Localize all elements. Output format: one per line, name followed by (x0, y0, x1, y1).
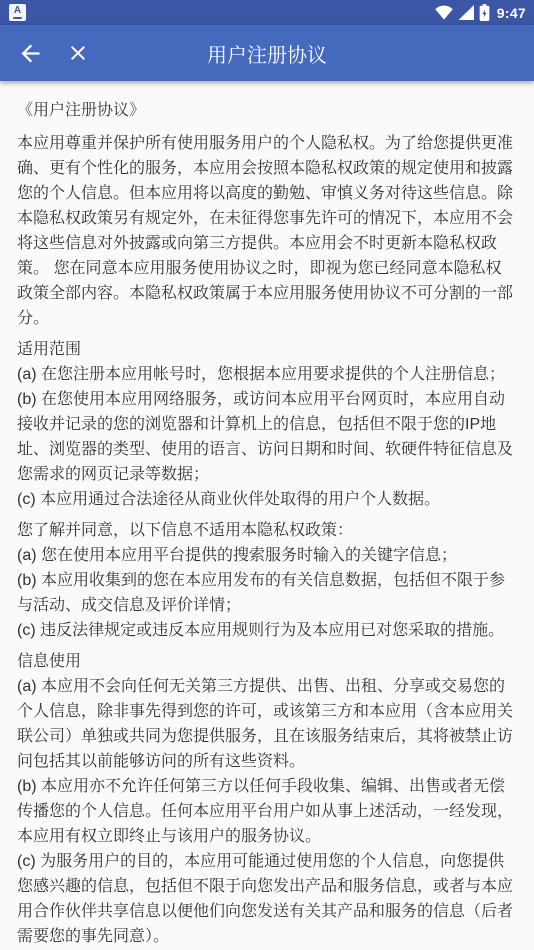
status-bar-indicators: 9:47 (435, 4, 526, 21)
app-bar: 用户注册协议 (0, 25, 534, 81)
agreement-doc-title: 《用户注册协议》 (17, 98, 517, 123)
section-paragraph: (a) 本应用不会向任何无关第三方提供、出售、出租、分享或交易您的个人信息，除非… (17, 674, 517, 774)
notification-letter: A (14, 6, 21, 16)
agreement-sections: 本应用尊重并保护所有使用服务用户的个人隐私权。为了给您提供更准确、更有个性化的服… (17, 131, 517, 949)
cellular-signal-icon (458, 5, 474, 20)
section-paragraph: (a) 在您注册本应用帐号时，您根据本应用要求提供的个人注册信息； (17, 362, 517, 387)
battery-charging-icon (479, 4, 490, 21)
section-paragraph: (c) 为服务用户的目的，本应用可能通过使用您的个人信息，向您提供您感兴趣的信息… (17, 849, 517, 949)
back-button[interactable] (10, 25, 50, 81)
section-heading: 适用范围 (17, 337, 517, 362)
section-paragraph: (b) 在您使用本应用网络服务，或访问本应用平台网页时，本应用自动接收并记录的您… (17, 387, 517, 487)
agreement-section: 您了解并同意，以下信息不适用本隐私权政策：(a) 您在使用本应用平台提供的搜索服… (17, 518, 517, 643)
section-paragraph: (c) 违反法律规定或违反本应用规则行为及本应用已对您采取的措施。 (17, 618, 517, 643)
section-paragraph: (a) 您在使用本应用平台提供的搜索服务时输入的关键字信息； (17, 543, 517, 568)
section-heading: 信息使用 (17, 649, 517, 674)
section-paragraph: (c) 本应用通过合法途径从商业伙伴处取得的用户个人数据。 (17, 487, 517, 512)
close-button[interactable] (58, 25, 98, 81)
wifi-icon (435, 5, 453, 20)
section-paragraph: 本应用尊重并保护所有使用服务用户的个人隐私权。为了给您提供更准确、更有个性化的服… (17, 131, 517, 331)
agreement-section: 适用范围(a) 在您注册本应用帐号时，您根据本应用要求提供的个人注册信息；(b)… (17, 337, 517, 512)
notification-letter-underline (13, 17, 22, 19)
notification-app-icon: A (9, 4, 26, 21)
section-paragraph: (b) 本应用亦不允许任何第三方以任何手段收集、编辑、出售或者无偿传播您的个人信… (17, 774, 517, 849)
close-icon (66, 41, 90, 65)
agreement-section: 信息使用(a) 本应用不会向任何无关第三方提供、出售、出租、分享或交易您的个人信… (17, 649, 517, 949)
agreement-section: 本应用尊重并保护所有使用服务用户的个人隐私权。为了给您提供更准确、更有个性化的服… (17, 131, 517, 331)
arrow-left-icon (17, 40, 44, 67)
agreement-scroll-area[interactable]: 《用户注册协议》 本应用尊重并保护所有使用服务用户的个人隐私权。为了给您提供更准… (0, 81, 534, 950)
status-clock: 9:47 (497, 5, 526, 21)
status-bar: A 9:47 (0, 0, 534, 25)
section-paragraph: (b) 本应用收集到的您在本应用发布的有关信息数据，包括但不限于参与活动、成交信… (17, 568, 517, 618)
phone-screen: A 9:47 (0, 0, 534, 950)
section-heading: 您了解并同意，以下信息不适用本隐私权政策： (17, 518, 517, 543)
